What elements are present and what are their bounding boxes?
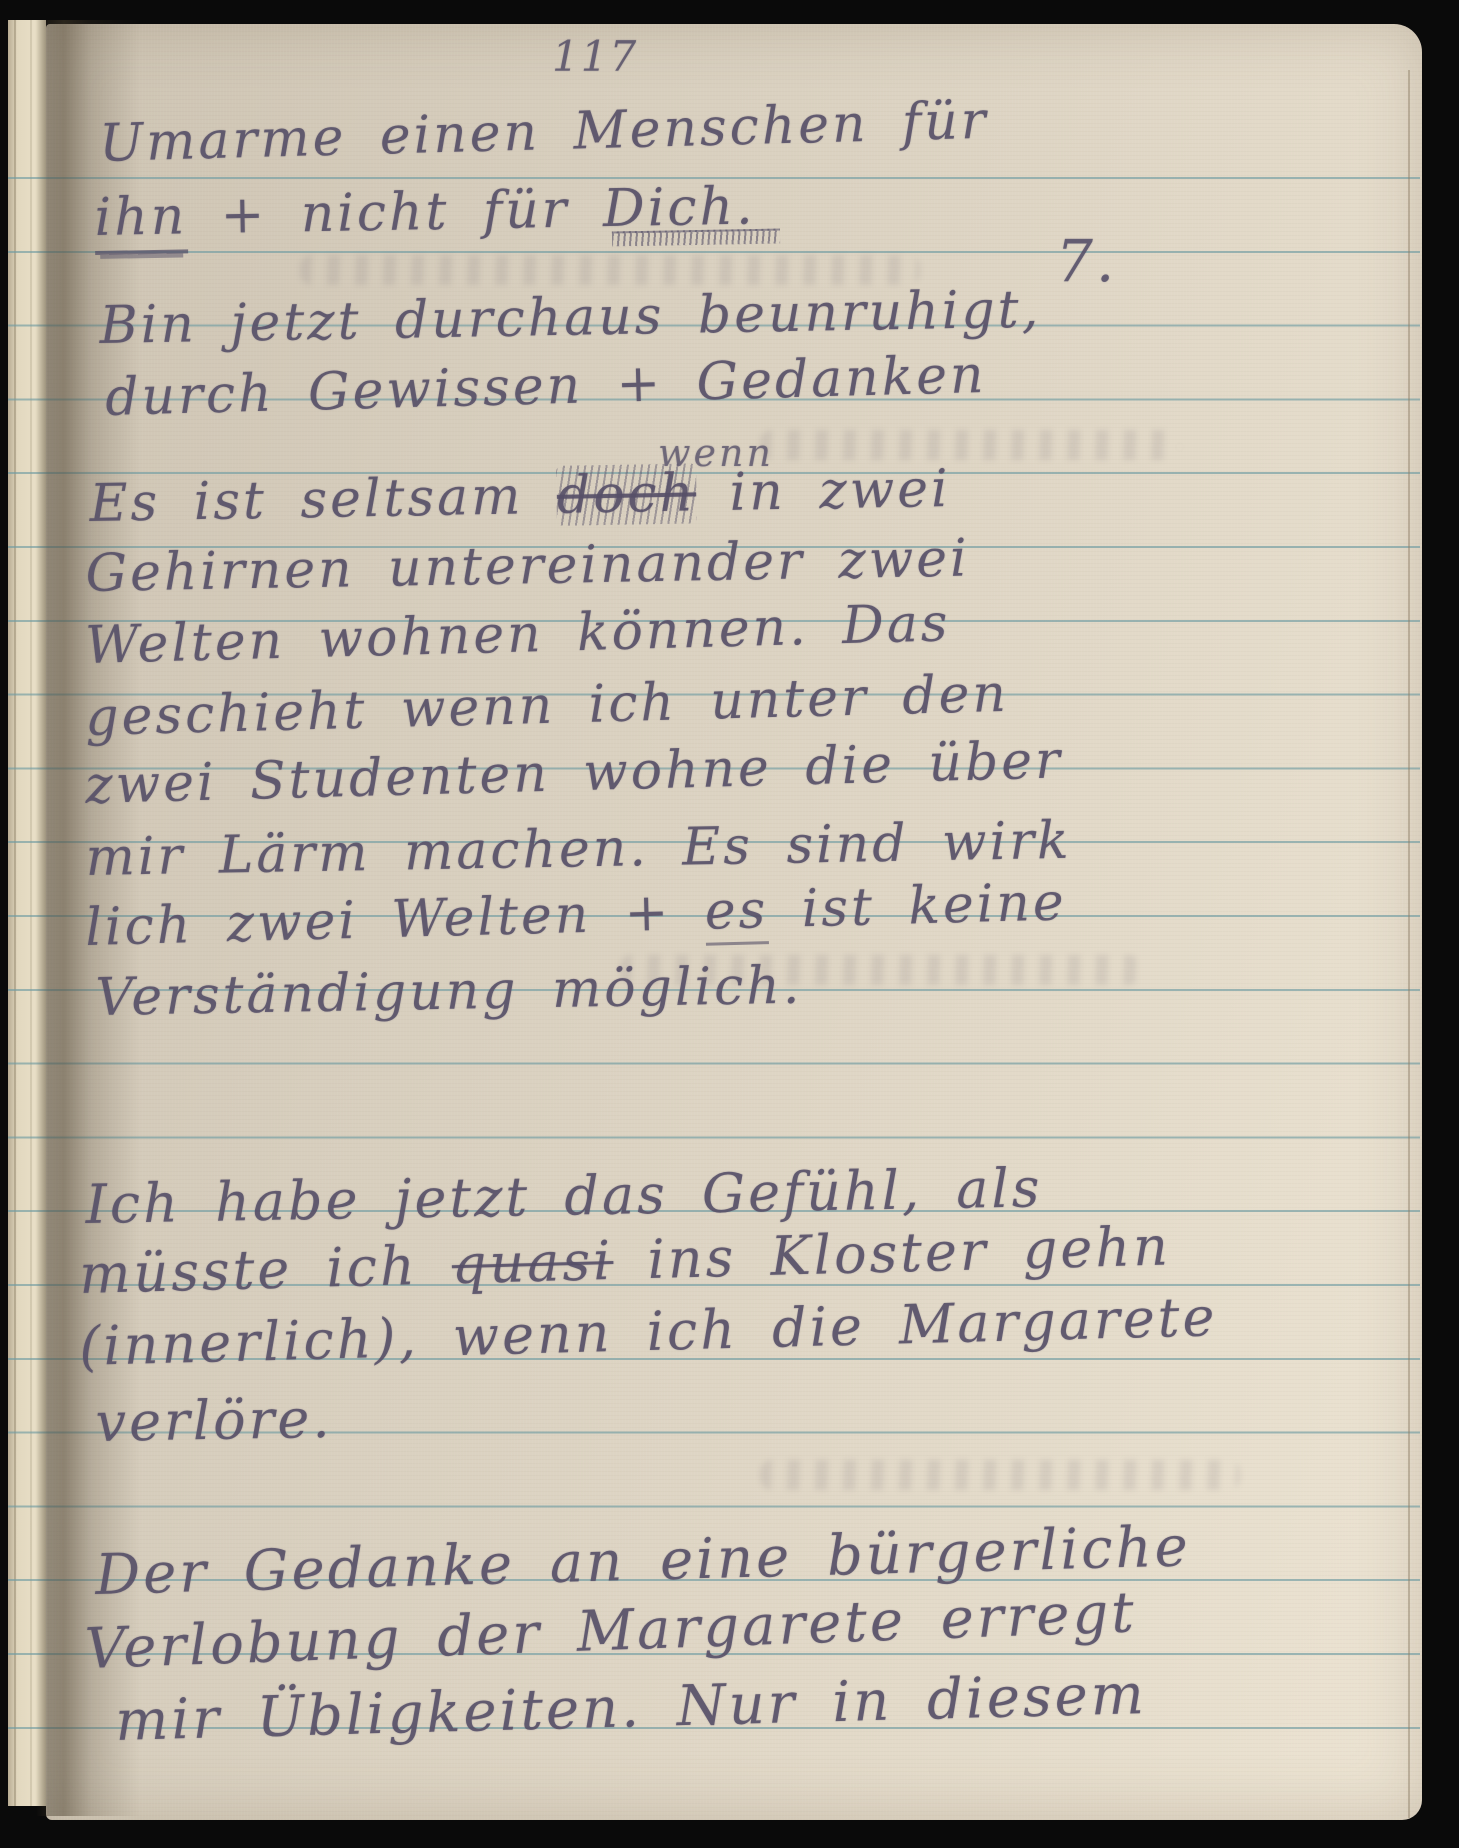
crossed-out-scribble <box>612 229 780 247</box>
page-number: 117 <box>552 36 638 78</box>
notebook-photo: 117 Umarme einen Menschen für ihn + nich… <box>0 0 1459 1848</box>
facing-page-edge <box>8 20 46 1806</box>
hw-line-05-b: in zwei <box>729 459 951 523</box>
hw-line-16: verlöre. <box>95 1392 333 1450</box>
hw-line-05: Es ist seltsam doch in zwei <box>89 463 951 530</box>
scribbled-out-word: doch <box>556 463 696 525</box>
hw-line-11-b: ist keine <box>801 872 1067 939</box>
hw-line-05-a: Es ist seltsam <box>89 466 524 534</box>
page-edge-crease <box>30 20 32 1806</box>
hw-line-03: Bin jetzt durchaus beunruhigt, <box>99 284 1041 352</box>
hw-line-12: Verständigung möglich. <box>95 960 803 1024</box>
bleed-through-mark <box>760 1460 1240 1490</box>
stacked-pages-edge <box>1408 70 1410 1818</box>
underlined-word: ihn <box>94 186 188 255</box>
bleed-through-mark <box>300 255 920 285</box>
hw-line-06: Gehirnen untereinander zwei <box>85 533 970 600</box>
struck-word: quasi <box>451 1229 614 1296</box>
entry-number: 7. <box>1056 232 1117 290</box>
bleed-through-mark <box>760 430 1180 460</box>
page-edge-crease <box>14 20 16 1806</box>
hw-line-14-a: müsste ich <box>78 1234 418 1306</box>
underlined-word: es <box>704 880 769 946</box>
